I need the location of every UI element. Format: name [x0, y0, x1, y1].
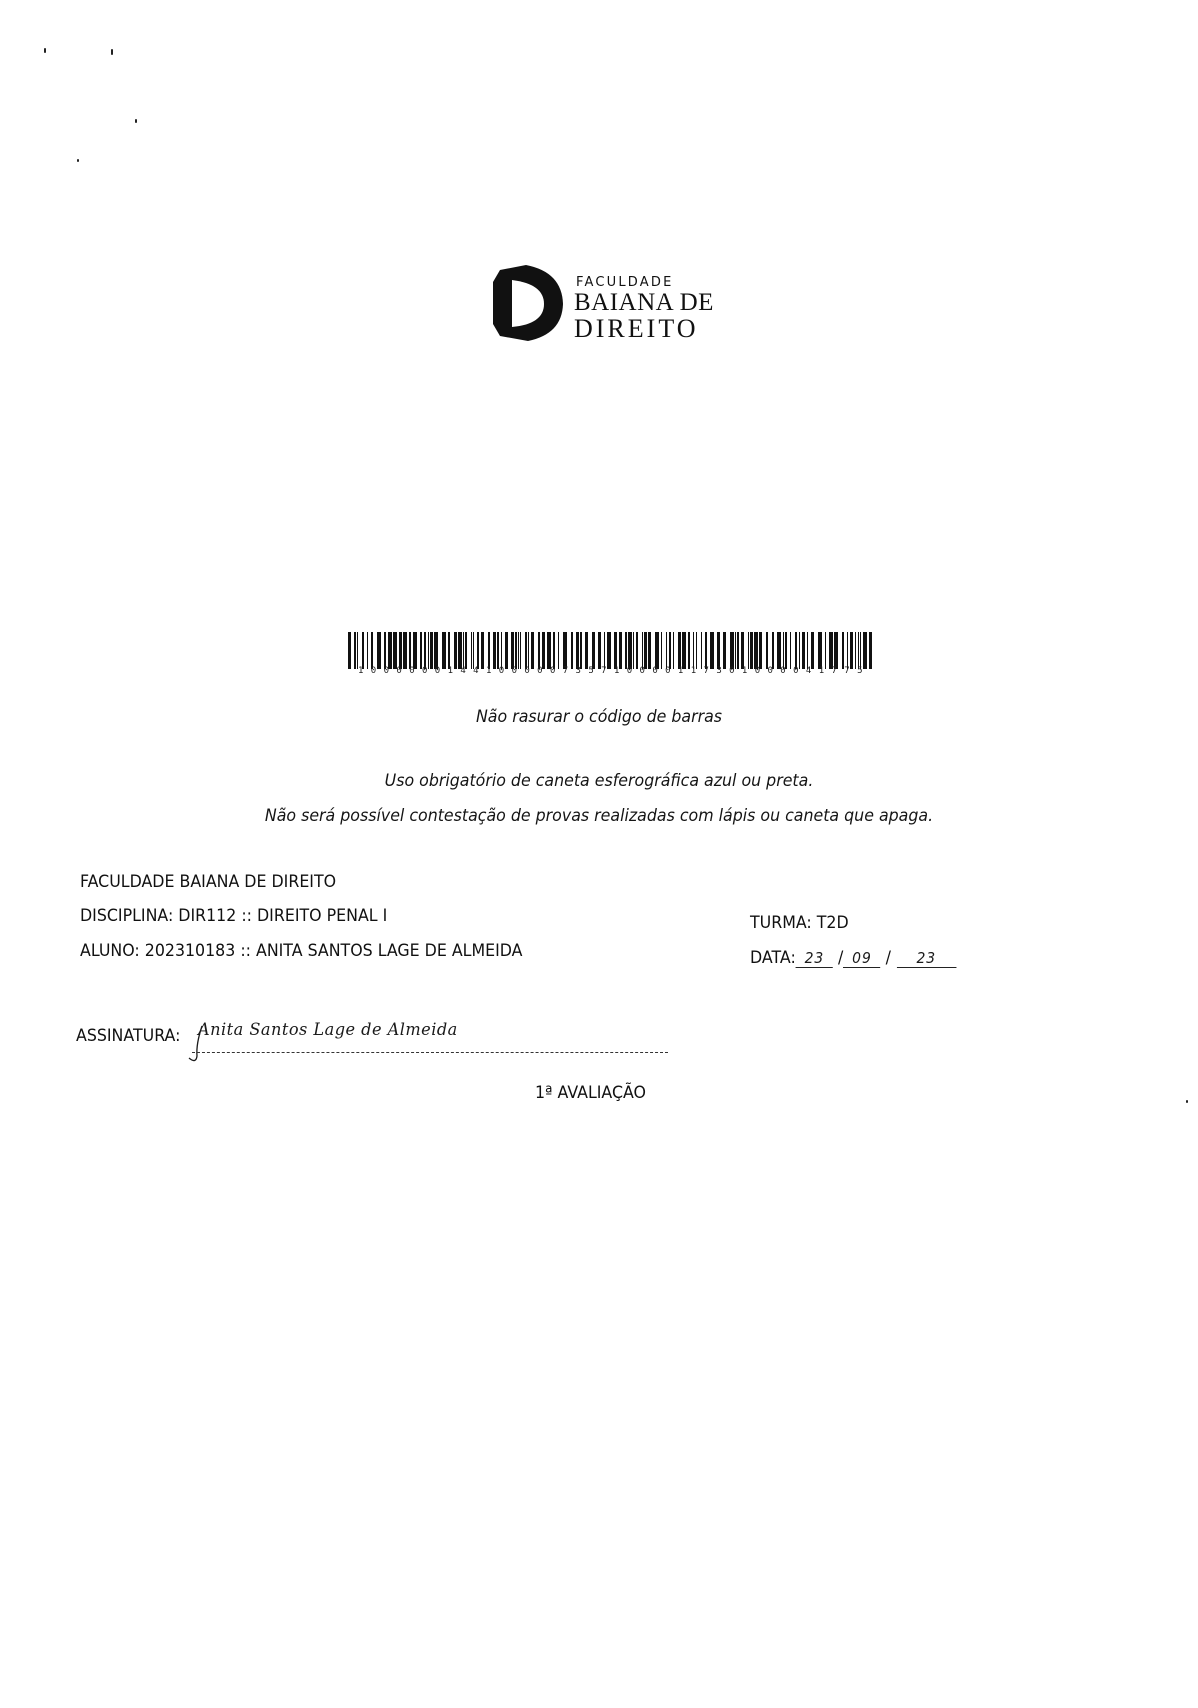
- scan-speck: [111, 49, 113, 55]
- barcode: [348, 632, 872, 669]
- barcode-digit: 1: [678, 666, 683, 676]
- barcode-digit: 5: [857, 666, 862, 676]
- barcode-digit: 0: [409, 666, 414, 676]
- barcode-digit: 0: [371, 666, 376, 676]
- barcode-digit: 0: [793, 666, 798, 676]
- barcode-digit: 0: [396, 666, 401, 676]
- exam-title: 1ª AVALIAÇÃO: [535, 1083, 646, 1103]
- discipline-label: DISCIPLINA:: [80, 906, 173, 926]
- signature-line[interactable]: [192, 1052, 668, 1053]
- barcode-digit: 7: [601, 666, 606, 676]
- barcode-digit: 1: [819, 666, 824, 676]
- barcode-digit: 0: [550, 666, 555, 676]
- barcode-digit: 4: [806, 666, 811, 676]
- date-year-field[interactable]: 23: [896, 949, 956, 968]
- barcode-digit: 7: [563, 666, 568, 676]
- barcode-bars: [348, 632, 872, 669]
- barcode-digit: 0: [665, 666, 670, 676]
- logo-d-icon: [492, 264, 564, 342]
- class-row: TURMA: T2D: [750, 913, 849, 933]
- scan-speck: [135, 119, 137, 123]
- logo-line-baiana: BAIANA DE: [574, 290, 714, 315]
- barcode-digit: 0: [652, 666, 657, 676]
- date-row: DATA:23 /09 /23: [750, 948, 956, 968]
- barcode-digit: 0: [512, 666, 517, 676]
- barcode-digit: 3: [576, 666, 581, 676]
- date-month-field[interactable]: 09: [843, 949, 880, 968]
- barcode-digits: 1000000144100000735710000117301000041775: [358, 666, 863, 676]
- barcode-digit: 0: [524, 666, 529, 676]
- scan-speck: [44, 48, 46, 53]
- logo-line-direito: DIREITO: [574, 316, 699, 342]
- barcode-digit: 0: [422, 666, 427, 676]
- barcode-digit: 5: [588, 666, 593, 676]
- signature-label: ASSINATURA:: [76, 1026, 180, 1046]
- student-label: ALUNO:: [80, 941, 140, 961]
- barcode-digit: 1: [486, 666, 491, 676]
- scan-speck: [77, 159, 79, 162]
- student-row: ALUNO: 202310183 :: ANITA SANTOS LAGE DE…: [80, 941, 523, 961]
- barcode-digit: 7: [831, 666, 836, 676]
- barcode-digit: 7: [704, 666, 709, 676]
- class-label: TURMA:: [750, 913, 812, 933]
- barcode-digit: 0: [537, 666, 542, 676]
- date-separator: /: [886, 948, 891, 968]
- institution-name: FACULDADE BAIANA DE DIREITO: [80, 872, 336, 892]
- barcode-digit: 0: [640, 666, 645, 676]
- barcode-digit: 0: [755, 666, 760, 676]
- barcode-digit: 7: [844, 666, 849, 676]
- scan-speck: [1186, 1100, 1188, 1103]
- institution-logo: FACULDADE BAIANA DE DIREITO: [492, 262, 732, 346]
- barcode-digit: 0: [729, 666, 734, 676]
- barcode-digit: 0: [384, 666, 389, 676]
- logo-line-faculdade: FACULDADE: [576, 275, 673, 290]
- discipline-value: DIR112 :: DIREITO PENAL I: [178, 906, 387, 926]
- barcode-digit: 1: [691, 666, 696, 676]
- barcode-digit: 3: [716, 666, 721, 676]
- barcode-notice: Não rasurar o código de barras: [42, 707, 1156, 727]
- pen-required-notice: Uso obrigatório de caneta esferográfica …: [42, 771, 1156, 791]
- barcode-digit: 0: [627, 666, 632, 676]
- barcode-digit: 1: [448, 666, 453, 676]
- barcode-digit: 0: [768, 666, 773, 676]
- barcode-digit: 4: [473, 666, 478, 676]
- no-contest-notice: Não será possível contestação de provas …: [42, 806, 1156, 826]
- barcode-digit: 1: [614, 666, 619, 676]
- barcode-digit: 1: [742, 666, 747, 676]
- barcode-digit: 0: [435, 666, 440, 676]
- class-value: T2D: [817, 913, 849, 933]
- barcode-digit: 0: [499, 666, 504, 676]
- date-label: DATA:: [750, 948, 796, 968]
- barcode-digit: 4: [460, 666, 465, 676]
- barcode-digit: 0: [780, 666, 785, 676]
- barcode-digit: 1: [358, 666, 363, 676]
- signature-handwritten: Anita Santos Lage de Almeida: [198, 1020, 458, 1040]
- discipline-row: DISCIPLINA: DIR112 :: DIREITO PENAL I: [80, 906, 387, 926]
- student-value: 202310183 :: ANITA SANTOS LAGE DE ALMEID…: [145, 941, 523, 961]
- date-day-field[interactable]: 23: [796, 949, 833, 968]
